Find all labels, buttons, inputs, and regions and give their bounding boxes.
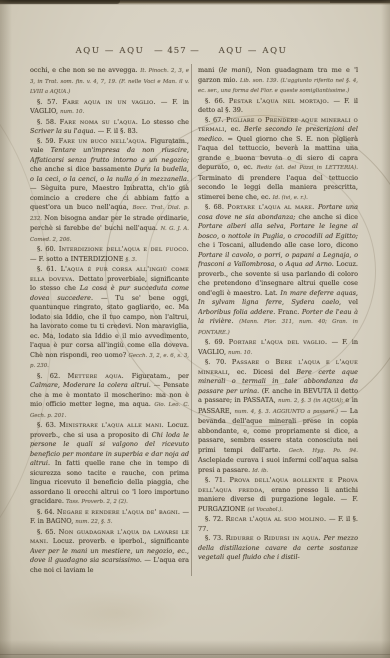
text-segment-plain: §. 73. [205,534,226,542]
text-segment-cite: num. 10. [60,109,84,115]
text-segment-cite: Id. ib. [252,468,268,474]
dictionary-paragraph: §. 73. Ridurre o Ridursi in aqua. Per me… [198,534,358,563]
dictionary-paragraph: §. 62. Mettere aqua. Figuratam., per Cal… [30,372,189,422]
text-segment-plain: ec. [231,125,244,133]
dictionary-paragraph: §. 59. Fare un buco nell'aqua. Figuratam… [30,137,189,246]
text-segment-sc: Portare l'aqua del vaglio. [229,338,332,346]
text-segment-cite: num. 10. [228,350,252,356]
text-segment-plain: §. 59. [37,137,59,145]
text-segment-it: nottole in Puglia, [228,232,288,240]
text-segment-plain: Asclepiade curava i suoi infermi coll'aq… [198,456,358,474]
text-segment-plain: §. 61. [37,265,61,273]
text-segment-plain: mani ( [198,66,221,74]
column-divider-rule [191,64,192,576]
text-segment-plain: §. 72. [205,515,226,523]
dictionary-paragraph: §. 64. Negare e rendere l'aqua de' bagni… [30,508,189,528]
text-segment-sc: Ridurre o Ridursi in aqua. [226,534,324,542]
text-segment-it: Scriver la su l'aqua. [30,127,98,135]
text-column-left: occhi, e che non se ne avvegga. It. Pino… [30,66,189,576]
dictionary-paragraph: §. 63. Ministrare l'aqua alle mani. Locu… [30,421,189,508]
dictionary-paragraph: §. 67. Pigliare o Prendere aque minerali… [198,116,358,204]
text-segment-cite: Gech. Hyg. Po. 94. [289,448,358,454]
dictionary-paragraph: §. 70. Passare o Bere l'aqua e l'aque mi… [198,358,358,476]
text-segment-plain: §. 58. [37,118,60,126]
page-bottom-edge-shadow [0,640,390,658]
dictionary-paragraph: §. 60. Interdizione dell'aqua e del fuoc… [30,245,189,265]
text-segment-plain: §. 64. [37,508,57,516]
text-segment-it: Tentare un'impresa da non riuscire, Affa… [30,146,189,164]
text-segment-it: le mani [221,66,248,74]
text-column-right: mani (le mani), Non guadagnam tra me e '… [198,66,358,576]
dictionary-paragraph: §. 72. Recar l'aqua al suo molino. — F. … [198,515,358,534]
text-segment-sc: Pestar l'aqua nel mortajo. [229,97,334,105]
text-segment-sc: Fare aqua in un vaglio. [62,98,161,106]
page-top-edge-shadow-left [0,0,120,4]
text-segment-sc: Portare l'aqua al mare. [227,203,318,211]
text-segment-plain: vel [348,298,358,306]
text-segment-plain: che i Toscani, alludendo alle case loro,… [198,241,358,249]
text-segment-plain: Locuz. proverb. e iperbol., significante [53,537,189,545]
text-segment-it: Aqua ad Arno. [286,260,337,268]
text-segment-plain: o [279,260,286,268]
text-segment-cite: Tass. Proverb. 2, 2 (2). [66,499,128,505]
text-segment-plain: §. 66. [205,97,229,105]
text-segment-plain: §. 71. [205,476,230,484]
text-segment-cite: (al Vocabol.). [247,507,283,513]
text-segment-it: Calmare, Moderare la colera altrui. [30,381,154,389]
text-segment-plain: §. 69. [205,338,229,346]
text-segment-plain: §. 68. [205,203,227,211]
dictionary-paragraph: §. 66. Pestar l'aqua nel mortajo. — F. i… [198,97,358,116]
dictionary-paragraph: §. 57. Fare aqua in un vaglio. — F. in V… [30,98,189,118]
dictionary-paragraph: §. 65. Non guadagnar l'aqua da lavarsi l… [30,528,189,576]
text-segment-plain: §. 70. [205,358,232,366]
text-segment-plain: che anche si dice [298,213,358,221]
text-segment-plain: — F. il §. 83. [98,127,138,135]
book-page: AQU — AQU — 457 — AQU — AQU occhi, e che… [0,0,390,658]
dictionary-paragraph: §. 58. Fare noma su l'aqua. Lo stesso ch… [30,118,189,137]
dictionary-paragraph: occhi, e che non se ne avvegga. It. Pino… [30,66,189,98]
dictionary-paragraph: §. 68. Portare l'aqua al mare. Portare u… [198,203,358,338]
text-segment-cite: num. 4, §. 3. AGGIUNTO a passare.) [235,409,341,415]
text-segment-it: Arboribus folia addere. [198,308,278,316]
text-segment-sc: Mettere aqua. [68,372,132,380]
text-segment-plain: — F. sotto a INTERDIZIONE [30,255,126,263]
text-segment-sc: Fare un buco nell'aqua. [59,137,151,145]
page-bottom-edge-line [0,654,390,655]
dictionary-paragraph: §. 69. Portare l'aqua del vaglio. — F. i… [198,338,358,358]
text-segment-cite: num. 2, §. 3 (in AQUA); [278,398,345,404]
dictionary-paragraph: mani (le mani), Non guadagnam tra me e '… [198,66,358,97]
text-segment-sc: Negare e rendere l'aqua de' bagni. [57,508,183,516]
text-segment-cite: §. 3. [126,257,137,263]
text-segment-plain: §. 63. [37,421,59,429]
text-segment-plain: §. 65. [37,528,59,536]
text-segment-cite: Rediz (at. del Pazzi in LETTERIA). [257,165,358,171]
text-segment-plain: §. 62. [37,372,68,380]
paper-stain [52,590,182,636]
text-segment-sc: Interdizione dell'aqua e del fuoco. [59,245,189,253]
dictionary-paragraph: §. 61. L'aqua è pur corsa all'ingiù come… [30,265,189,372]
text-segment-plain: §. 57. [37,98,62,106]
page-right-edge-shadow [381,0,390,658]
text-segment-plain: Figuratam., per [132,372,189,380]
text-segment-plain: §. 60. [37,245,59,253]
text-segment-sc: Recar l'aqua al suo molino. [226,515,329,523]
text-segment-plain: ec. Dicesi del [237,368,296,376]
text-segment-plain: — Tu se' bene oggi, quantunque ringrato,… [30,294,189,359]
text-segment-sc: Ministrare l'aqua alle mani. [59,421,167,429]
text-segment-plain: §. 67. [205,116,226,124]
text-segment-plain: Franc. [278,308,302,316]
text-segment-sc: Fare noma su l'aqua. [60,118,142,126]
running-head-right: AQU — AQU [197,46,309,56]
text-segment-plain: che anche si dice bassamente [30,165,134,173]
text-segment-cite: num. 22, §. 5. [75,519,112,525]
text-segment-plain: occhi, e che non se ne avvegga. [30,66,140,74]
text-segment-plain: Lo stesso che [142,118,189,126]
dictionary-paragraph: §. 71. Prova dell'aqua bollente e Prova … [198,476,358,515]
text-segment-it: crocodili ad Egitto; [294,232,358,240]
text-segment-cite: Id. (ivi, e. r.). [273,195,308,201]
